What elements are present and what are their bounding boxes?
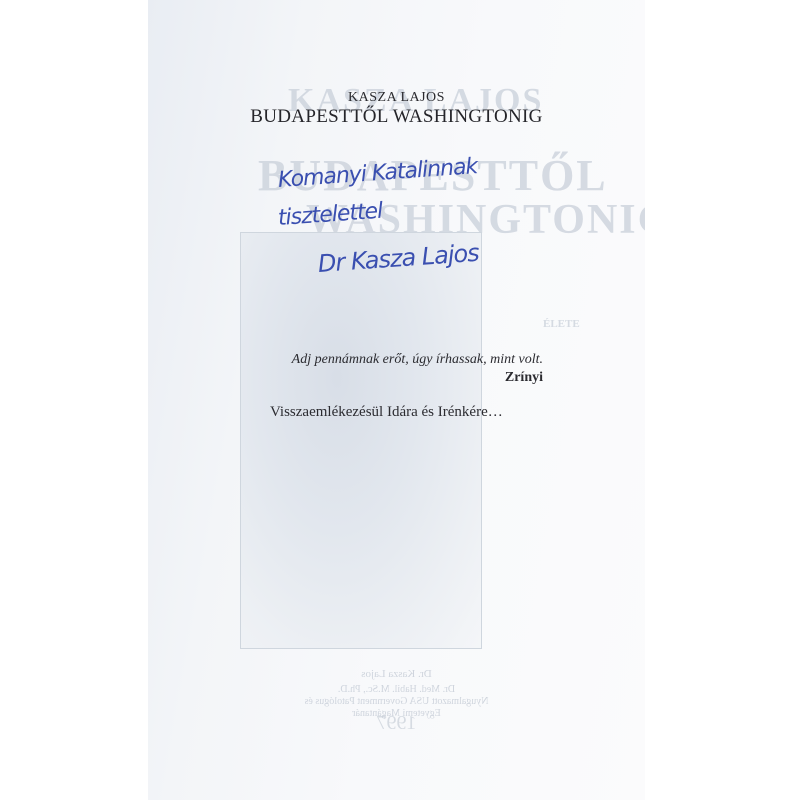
dedication: Visszaemlékezésül Idára és Irénkére… [270, 404, 503, 421]
show-through-line: Dr. Med. Habil. M.Sc., Ph.D. [148, 684, 645, 696]
show-through-line: Nyugalmazott USA Government Patológus és [148, 696, 645, 708]
author-name: KASZA LAJOS [148, 90, 645, 106]
epigraph-text: Adj pennámnak erőt, úgy írhassak, mint v… [292, 352, 543, 368]
show-through-line: Dr. Kasza Lajos [148, 668, 645, 680]
epigraph-attribution: Zrínyi [505, 370, 543, 386]
show-through-cover-image [240, 232, 482, 649]
show-through-year: 1997 [148, 712, 645, 735]
book-page: KASZA LAJOS BUDAPESTTŐL WASHINGTONIG ÉLE… [148, 0, 645, 800]
show-through-subtitle: ÉLETE [543, 318, 580, 330]
book-title: BUDAPESTTŐL WASHINGTONIG [148, 106, 645, 128]
